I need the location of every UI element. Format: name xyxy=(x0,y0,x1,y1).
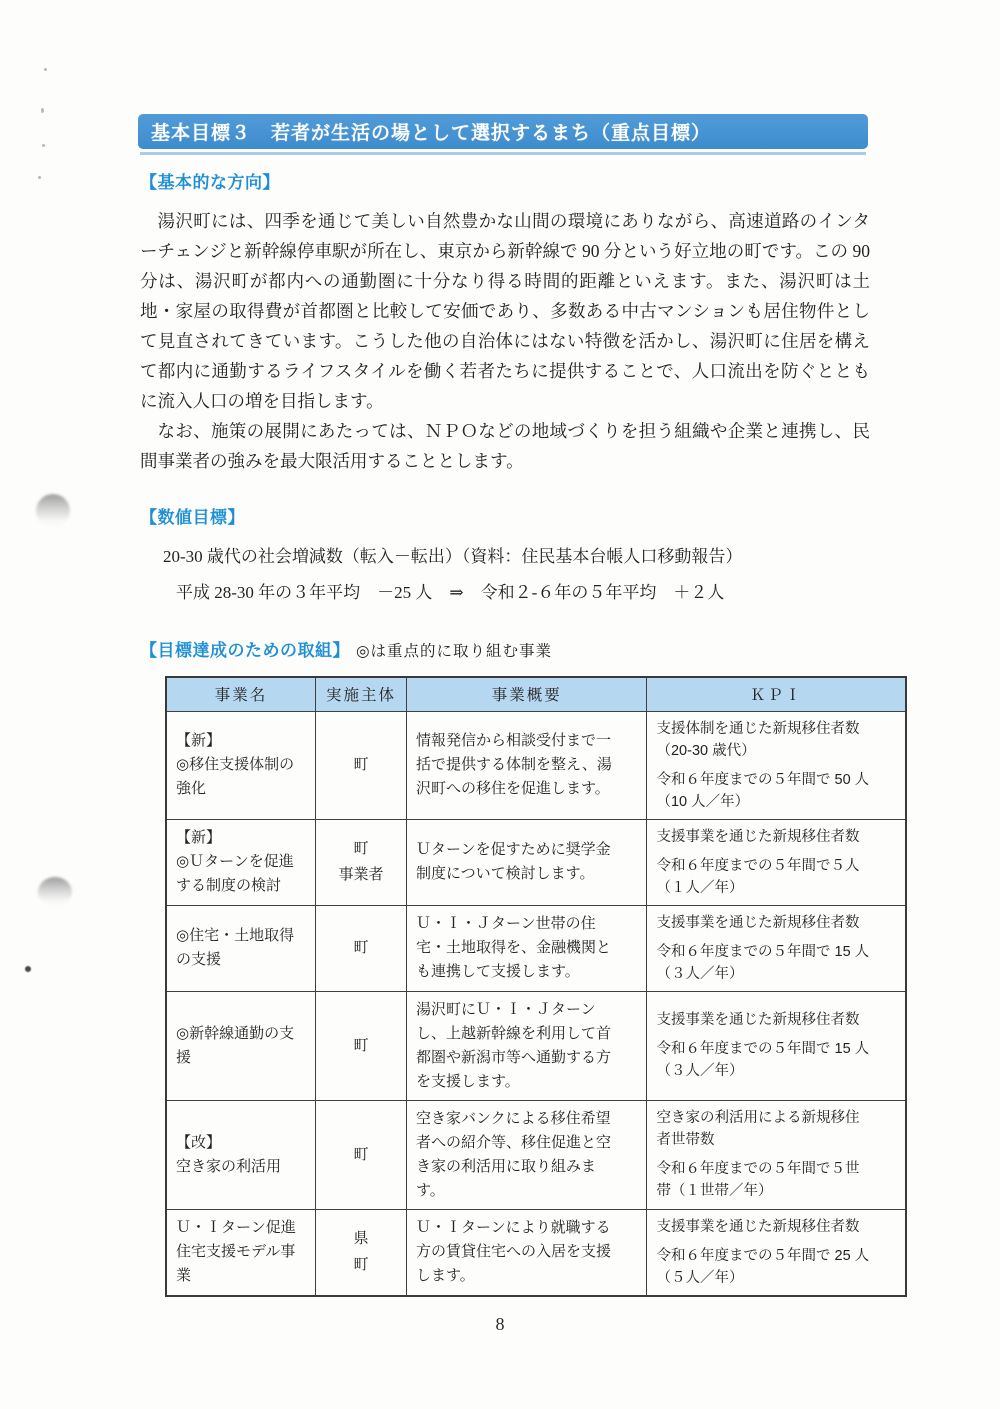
table-row: 【新】 ◎Ｕターンを促進 する制度の検討 町 事業者 Ｕターンを促すために奨学金… xyxy=(166,819,906,905)
numeric-target-definition: 20-30 歳代の社会増減数（転入－転出）（資料：住民基本台帳人口移動報告） xyxy=(163,542,742,567)
initiatives-table: 事業名 実施主体 事業概要 ＫＰＩ 【新】 ◎移住支援体制の 強化 町 情報発信… xyxy=(165,676,907,1297)
cell-summary: Ｕ・Ｉ・Ｊターン世帯の住 宅・土地取得を、金融機関と も連携して支援します。 xyxy=(406,905,647,991)
cell-kpi: 空き家の利活用による新規移住 者世帯数 令和６年度までの５年間で５世 帯（１世帯… xyxy=(647,1100,906,1209)
cell-project-name: 【新】 ◎Ｕターンを促進 する制度の検討 xyxy=(166,819,315,905)
kpi-target: 令和６年度までの５年間で 15 人 （３人／年） xyxy=(656,1038,896,1082)
cell-kpi: 支援事業を通じた新規移住者数 令和６年度までの５年間で 15 人 （３人／年） xyxy=(647,905,906,991)
kpi-target: 令和６年度までの５年間で 50 人 （10 人／年） xyxy=(656,769,896,813)
kpi-target: 令和６年度までの５年間で 25 人 （５人／年） xyxy=(656,1245,896,1289)
section-heading-direction: 【基本的な方向】 xyxy=(140,168,280,193)
kpi-metric: 支援体制を通じた新規移住者数 （20-30 歳代） xyxy=(656,718,896,762)
table-row: Ｕ・Ｉターン促進 住宅支援モデル事 業 県 町 Ｕ・Ｉターンにより就職する 方の… xyxy=(166,1209,906,1296)
table-row: ◎新幹線通勤の支 援 町 湯沢町にＵ・Ｉ・Ｊターン し、上越新幹線を利用して首 … xyxy=(166,991,906,1100)
cell-summary: Ｕ・Ｉターンにより就職する 方の賃貸住宅への入居を支援 します。 xyxy=(406,1209,647,1296)
cell-summary: 情報発信から相談受付まで一 括で提供する体制を整え、湯 沢町への移住を促進します… xyxy=(406,711,647,819)
numeric-target-values: 平成 28-30 年の３年平均 －25 人 ⇒ 令和２-６年の５年平均 ＋２人 xyxy=(176,578,724,603)
cell-project-name: 【改】 空き家の利活用 xyxy=(166,1100,315,1209)
cell-summary: 湯沢町にＵ・Ｉ・Ｊターン し、上越新幹線を利用して首 都圏や新潟市等へ通勤する方… xyxy=(406,991,647,1100)
cell-summary: 空き家バンクによる移住希望 者への紹介等、移住促進と空 き家の利活用に取り組みま… xyxy=(406,1100,647,1209)
ink-dot xyxy=(25,966,31,972)
section-heading-numeric-target: 【数値目標】 xyxy=(140,503,245,528)
cell-kpi: 支援体制を通じた新規移住者数 （20-30 歳代） 令和６年度までの５年間で 5… xyxy=(647,711,906,819)
scan-speck xyxy=(41,108,44,113)
cell-kpi: 支援事業を通じた新規移住者数 令和６年度までの５年間で 15 人 （３人／年） xyxy=(647,991,906,1100)
kpi-metric: 支援事業を通じた新規移住者数 xyxy=(656,1009,896,1031)
page-title: 基本目標３ 若者が生活の場として選択するまち（重点目標） xyxy=(151,118,711,145)
direction-paragraph-1: 湯沢町には、四季を通じて美しい自然豊かな山間の環境にありながら、高速道路のインタ… xyxy=(140,206,870,416)
cell-implementer: 町 xyxy=(315,1100,406,1209)
column-header-implementer: 実施主体 xyxy=(315,677,406,711)
cell-kpi: 支援事業を通じた新規移住者数 令和６年度までの５年間で 25 人 （５人／年） xyxy=(647,1209,906,1296)
cell-project-name: ◎住宅・土地取得 の支援 xyxy=(166,905,315,991)
cell-project-name: Ｕ・Ｉターン促進 住宅支援モデル事 業 xyxy=(166,1209,315,1296)
column-header-project-name: 事業名 xyxy=(166,677,315,711)
cell-summary: Ｕターンを促すために奨学金 制度について検討します。 xyxy=(406,819,647,905)
hole-punch-bottom xyxy=(38,877,72,907)
cell-implementer: 県 町 xyxy=(315,1209,406,1296)
cell-implementer: 町 xyxy=(315,991,406,1100)
cell-kpi: 支援事業を通じた新規移住者数 令和６年度までの５年間で５人 （１人／年） xyxy=(647,819,906,905)
initiatives-heading-label: 【目標達成のための取組】 xyxy=(140,641,350,660)
table-row: 【改】 空き家の利活用 町 空き家バンクによる移住希望 者への紹介等、移住促進と… xyxy=(166,1100,906,1209)
kpi-metric: 支援事業を通じた新規移住者数 xyxy=(656,1216,896,1238)
kpi-target: 令和６年度までの５年間で 15 人 （３人／年） xyxy=(656,941,896,985)
initiatives-heading-note: ◎は重点的に取り組む事業 xyxy=(356,643,552,660)
page-number: 8 xyxy=(0,1314,1000,1335)
document-page: 基本目標３ 若者が生活の場として選択するまち（重点目標） 【基本的な方向】 湯沢… xyxy=(0,0,1000,1409)
cell-implementer: 町 xyxy=(315,711,406,819)
hole-punch-top xyxy=(36,494,70,528)
scan-speck xyxy=(38,176,41,179)
direction-body: 湯沢町には、四季を通じて美しい自然豊かな山間の環境にありながら、高速道路のインタ… xyxy=(140,206,870,476)
kpi-metric: 支援事業を通じた新規移住者数 xyxy=(656,826,896,848)
scan-speck xyxy=(42,144,45,147)
cell-project-name: 【新】 ◎移住支援体制の 強化 xyxy=(166,711,315,819)
table-row: 【新】 ◎移住支援体制の 強化 町 情報発信から相談受付まで一 括で提供する体制… xyxy=(166,711,906,819)
direction-paragraph-2: なお、施策の展開にあたっては、ＮＰＯなどの地域づくりを担う組織や企業と連携し、民… xyxy=(140,416,870,476)
cell-implementer: 町 xyxy=(315,905,406,991)
scan-speck xyxy=(44,68,47,71)
kpi-target: 令和６年度までの５年間で５世 帯（１世帯／年） xyxy=(656,1158,896,1202)
cell-project-name: ◎新幹線通勤の支 援 xyxy=(166,991,315,1100)
column-header-kpi: ＫＰＩ xyxy=(647,677,906,711)
cell-implementer: 町 事業者 xyxy=(315,819,406,905)
table-header-row: 事業名 実施主体 事業概要 ＫＰＩ xyxy=(166,677,906,711)
basic-goal-title-bar: 基本目標３ 若者が生活の場として選択するまち（重点目標） xyxy=(138,114,868,149)
title-bar-underline xyxy=(140,152,866,155)
kpi-target: 令和６年度までの５年間で５人 （１人／年） xyxy=(656,855,896,899)
column-header-summary: 事業概要 xyxy=(406,677,647,711)
kpi-metric: 支援事業を通じた新規移住者数 xyxy=(656,912,896,934)
table-row: ◎住宅・土地取得 の支援 町 Ｕ・Ｉ・Ｊターン世帯の住 宅・土地取得を、金融機関… xyxy=(166,905,906,991)
section-heading-initiatives: 【目標達成のための取組】◎は重点的に取り組む事業 xyxy=(140,636,552,661)
kpi-metric: 空き家の利活用による新規移住 者世帯数 xyxy=(656,1107,896,1151)
